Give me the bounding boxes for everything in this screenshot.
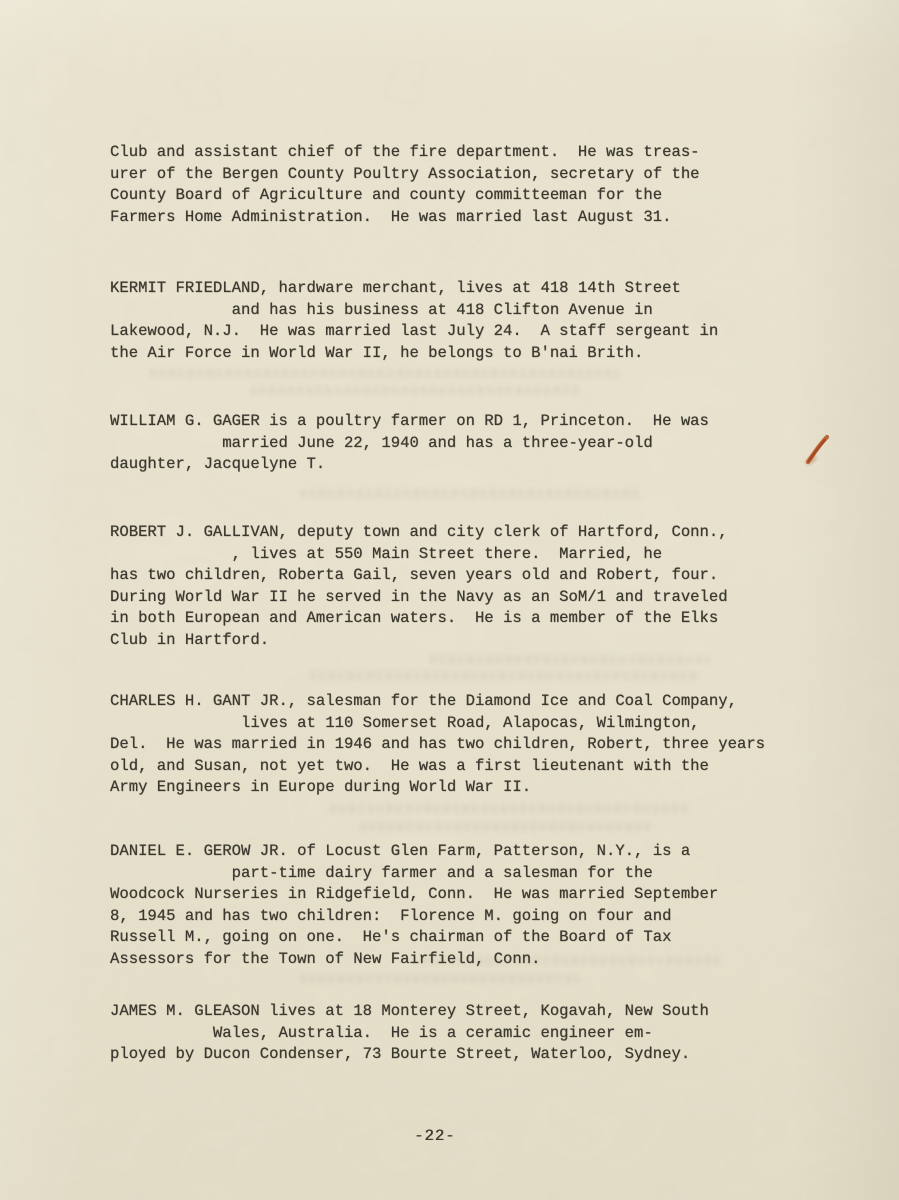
bleed-through-smudge	[250, 386, 580, 395]
typewritten-page: Club and assistant chief of the fire dep…	[0, 0, 899, 1200]
bleed-through-smudge	[150, 369, 620, 378]
paragraph-continuation-fire-chief: Club and assistant chief of the fire dep…	[110, 142, 700, 228]
paragraph-kermit-friedland: KERMIT FRIEDLAND, hardware merchant, liv…	[110, 278, 718, 364]
bleed-through-smudge	[430, 655, 710, 664]
page-number: -22-	[414, 1126, 455, 1148]
orange-pencil-mark	[798, 428, 846, 476]
paragraph-william-g-gager: WILLIAM G. GAGER is a poultry farmer on …	[110, 411, 709, 476]
bleed-through-smudge	[420, 956, 720, 965]
paragraph-robert-j-gallivan: ROBERT J. GALLIVAN, deputy town and city…	[110, 522, 728, 651]
bleed-through-smudge	[360, 822, 650, 831]
paragraph-charles-h-gant-jr: CHARLES H. GANT JR., salesman for the Di…	[110, 691, 765, 799]
paragraph-daniel-e-gerow-jr: DANIEL E. GEROW JR. of Locust Glen Farm,…	[110, 841, 718, 970]
paragraph-james-m-gleason: JAMES M. GLEASON lives at 18 Monterey St…	[110, 1001, 709, 1066]
bleed-through-smudge	[310, 671, 700, 680]
bleed-through-smudge	[300, 974, 580, 983]
bleed-through-smudge	[300, 489, 640, 498]
bleed-through-smudge	[330, 804, 690, 813]
